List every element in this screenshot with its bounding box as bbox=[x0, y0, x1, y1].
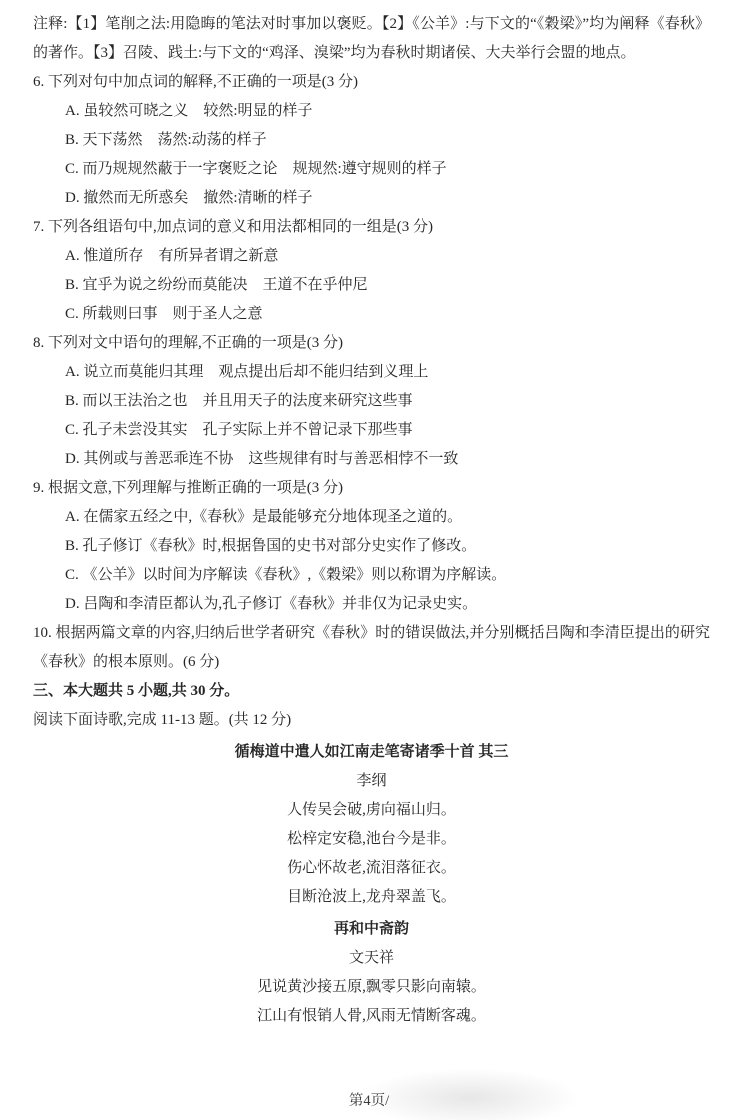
question-6-option-d: D. 撤然而无所惑矣 撤然:清晰的样子 bbox=[33, 184, 710, 213]
question-8-option-b: B. 而以王法治之也 并且用天子的法度来研究这些事 bbox=[33, 387, 710, 416]
question-6-option-b: B. 天下荡然 荡然:动荡的样子 bbox=[33, 126, 710, 155]
question-8-stem: 8. 下列对文中语句的理解,不正确的一项是(3 分) bbox=[33, 329, 710, 358]
poem-1-line: 松梓定安稳,池台今是非。 bbox=[33, 825, 710, 854]
question-7-option-a: A. 惟道所存 有所异者谓之新意 bbox=[33, 242, 710, 271]
question-6-stem: 6. 下列对句中加点词的解释,不正确的一项是(3 分) bbox=[33, 68, 710, 97]
poem-2-author: 文天祥 bbox=[33, 944, 710, 973]
question-7-stem: 7. 下列各组语句中,加点词的意义和用法都相同的一组是(3 分) bbox=[33, 213, 710, 242]
question-9-option-b: B. 孔子修订《春秋》时,根据鲁国的史书对部分史实作了修改。 bbox=[33, 532, 710, 561]
question-10-stem: 10. 根据两篇文章的内容,归纳后世学者研究《春秋》时的错误做法,并分别概括吕陶… bbox=[33, 619, 710, 677]
question-8-option-d: D. 其例或与善恶乖连不协 这些规律有时与善恶相悖不一致 bbox=[33, 445, 710, 474]
question-9-stem: 9. 根据文意,下列理解与推断正确的一项是(3 分) bbox=[33, 474, 710, 503]
poem-1-title: 循梅道中遣人如江南走笔寄诸季十首 其三 bbox=[33, 738, 710, 767]
page-number: 第4页/ bbox=[349, 1093, 389, 1109]
question-8-option-a: A. 说立而莫能归其理 观点提出后却不能归结到义理上 bbox=[33, 358, 710, 387]
poem-2-line: 见说黄沙接五原,飘零只影向南辕。 bbox=[33, 973, 710, 1002]
question-6: 6. 下列对句中加点词的解释,不正确的一项是(3 分) A. 虽较然可晓之义 较… bbox=[33, 68, 710, 213]
question-7: 7. 下列各组语句中,加点词的意义和用法都相同的一组是(3 分) A. 惟道所存… bbox=[33, 213, 710, 329]
question-9: 9. 根据文意,下列理解与推断正确的一项是(3 分) A. 在儒家五经之中,《春… bbox=[33, 474, 710, 619]
question-10: 10. 根据两篇文章的内容,归纳后世学者研究《春秋》时的错误做法,并分别概括吕陶… bbox=[33, 619, 710, 677]
question-7-option-b: B. 宜乎为说之纷纷而莫能决 王道不在乎仲尼 bbox=[33, 271, 710, 300]
question-9-option-d: D. 吕陶和李清臣都认为,孔子修订《春秋》并非仅为记录史实。 bbox=[33, 590, 710, 619]
poetry-block: 循梅道中遣人如江南走笔寄诸季十首 其三 李纲 人传吴会破,虏向福山归。 松梓定安… bbox=[33, 738, 710, 1031]
question-8-option-c: C. 孔子未尝没其实 孔子实际上并不曾记录下那些事 bbox=[33, 416, 710, 445]
notes-paragraph: 注释:【1】笔削之法:用隐晦的笔法对时事加以褒贬。【2】《公羊》:与下文的“《穀… bbox=[33, 10, 710, 68]
question-6-option-c: C. 而乃规规然蔽于一字褒贬之论 规规然:遵守规则的样子 bbox=[33, 155, 710, 184]
poem-1-line: 目断沧波上,龙舟翠盖飞。 bbox=[33, 883, 710, 912]
poem-1-author: 李纲 bbox=[33, 767, 710, 796]
question-9-option-c: C. 《公羊》以时间为序解读《春秋》,《穀梁》则以称谓为序解读。 bbox=[33, 561, 710, 590]
reading-intro: 阅读下面诗歌,完成 11-13 题。(共 12 分) bbox=[33, 706, 710, 735]
poem-1-line: 伤心怀故老,流泪落征衣。 bbox=[33, 854, 710, 883]
question-9-option-a: A. 在儒家五经之中,《春秋》是最能够充分地体现圣之道的。 bbox=[33, 503, 710, 532]
poem-1-line: 人传吴会破,虏向福山归。 bbox=[33, 796, 710, 825]
exam-page: 注释:【1】笔削之法:用隐晦的笔法对时事加以褒贬。【2】《公羊》:与下文的“《穀… bbox=[0, 0, 738, 1031]
question-6-option-a: A. 虽较然可晓之义 较然:明显的样子 bbox=[33, 97, 710, 126]
question-8: 8. 下列对文中语句的理解,不正确的一项是(3 分) A. 说立而莫能归其理 观… bbox=[33, 329, 710, 474]
poem-2-title: 再和中斋韵 bbox=[33, 915, 710, 944]
poem-2-line: 江山有恨销人骨,风雨无情断客魂。 bbox=[33, 1002, 710, 1031]
section-heading: 三、本大题共 5 小题,共 30 分。 bbox=[33, 677, 710, 706]
page-footer: 第4页/ bbox=[0, 1089, 738, 1110]
question-7-option-c: C. 所载则曰事 则于圣人之意 bbox=[33, 300, 710, 329]
